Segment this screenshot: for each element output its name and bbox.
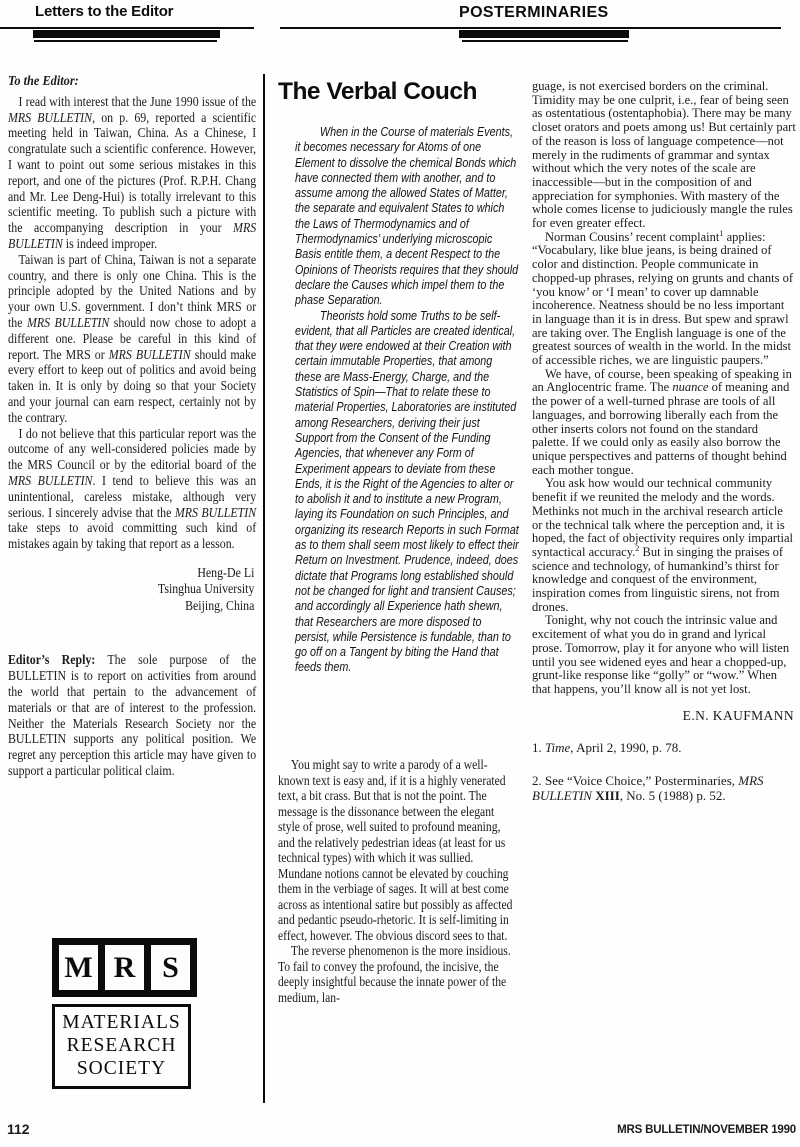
masthead-bar-left <box>33 30 220 38</box>
page-number: 112 <box>7 1121 30 1137</box>
parody-block: When in the Course of materials Events, … <box>295 124 519 675</box>
article-paragraph-7: Tonight, why not couch the intrinsic val… <box>532 614 796 696</box>
article-paragraph-5: We have, of course, been speaking of spe… <box>532 368 796 478</box>
mrs-logo-wordmark: MATERIALS RESEARCH SOCIETY <box>52 1004 191 1089</box>
magazine-page: Letters to the Editor POSTERMINARIES To … <box>0 0 800 1147</box>
article-paragraph-6: You ask how would our technical communit… <box>532 477 796 614</box>
letters-column: To the Editor: I read with interest that… <box>8 74 256 779</box>
letter-salutation: To the Editor: <box>8 74 256 90</box>
letter-paragraph-1: I read with interest that the June 1990 … <box>8 94 256 252</box>
mrs-logo-letter-r: R <box>105 945 144 990</box>
journal-name: MRS BULLETIN/NOVEMBER 1990 <box>617 1124 796 1136</box>
masthead-underline-left <box>34 40 217 42</box>
article-body-middle: You might say to write a parody of a wel… <box>278 757 519 1005</box>
parody-paragraph-1: When in the Course of materials Events, … <box>295 124 519 308</box>
letter-paragraph-2: Taiwan is part of China, Taiwan is not a… <box>8 252 256 426</box>
letter-signature: Heng-De Li Tsinghua University Beijing, … <box>8 565 256 615</box>
article-paragraph-2: The reverse phenomenon is the more insid… <box>278 943 519 1005</box>
mrs-logo-letter-m: M <box>59 945 98 990</box>
article-title: The Verbal Couch <box>278 78 519 106</box>
article-column-right: guage, is not exercised borders on the c… <box>532 80 796 803</box>
mrs-logo-letter-s: S <box>151 945 190 990</box>
parody-paragraph-2: Theorists hold some Truths to be self-ev… <box>295 308 519 675</box>
masthead-rule-left <box>0 27 254 29</box>
mrs-wordmark-line-1: MATERIALS <box>55 1011 188 1034</box>
article-paragraph-1: You might say to write a parody of a wel… <box>278 757 519 943</box>
letter-paragraph-3: I do not believe that this particular re… <box>8 426 256 552</box>
section-title-letters: Letters to the Editor <box>35 3 173 20</box>
masthead-underline-right <box>462 40 628 42</box>
mrs-logo-letterboxes: M R S <box>52 938 197 997</box>
signature-affiliation: Tsinghua University <box>8 581 254 598</box>
masthead-bar-right <box>459 30 629 38</box>
article-paragraph-4: Norman Cousins’ recent complaint1 applie… <box>532 231 796 368</box>
author-signature: E.N. KAUFMANN <box>532 709 796 723</box>
column-divider <box>263 74 265 1103</box>
signature-name: Heng-De Li <box>8 565 254 582</box>
editors-reply: Editor’s Reply: The sole purpose of the … <box>8 652 256 778</box>
mrs-logo: M R S MATERIALS RESEARCH SOCIETY <box>52 938 197 1089</box>
footnote-2: 2. See “Voice Choice,” Posterminaries, M… <box>532 773 796 803</box>
article-paragraph-3: guage, is not exercised borders on the c… <box>532 80 796 231</box>
mrs-wordmark-line-2: RESEARCH <box>55 1034 188 1057</box>
masthead-rule-right <box>280 27 781 29</box>
mrs-wordmark-line-3: SOCIETY <box>55 1057 188 1080</box>
article-column-middle: The Verbal Couch When in the Course of m… <box>278 78 519 675</box>
footnote-1: 1. Time, April 2, 1990, p. 78. <box>532 740 796 755</box>
signature-city: Beijing, China <box>8 598 254 615</box>
section-title-posterminaries: POSTERMINARIES <box>459 4 609 22</box>
